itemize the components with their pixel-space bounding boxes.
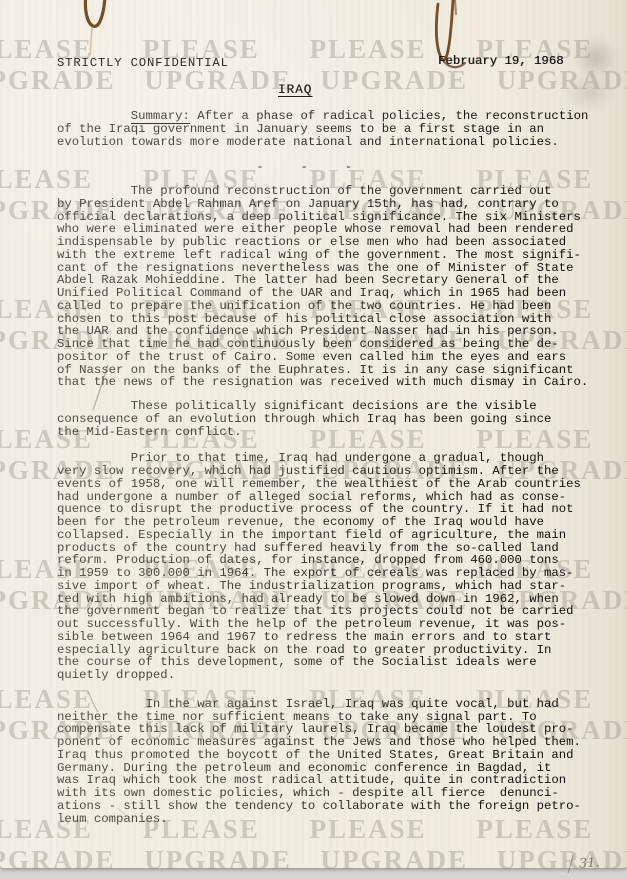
- text-line: indispensable by public reactions or els…: [57, 236, 619, 249]
- text-line: called to prepare the unification of the…: [57, 300, 619, 313]
- document-body: Summary: After a phase of radical polici…: [57, 110, 619, 825]
- text-line: events of 1958, one will remember, the w…: [57, 478, 619, 491]
- scanned-document-photo: { "colors": { "paper": "#f1ecdf", "ink_l…: [0, 0, 627, 879]
- text-line: consequence of an evolution through whic…: [57, 413, 619, 426]
- text-line: Since that time he had continuously been…: [57, 338, 619, 351]
- text-line: Iraq thus promoted the boycott of the Un…: [57, 749, 619, 762]
- paragraph-p3: Prior to that time, Iraq had undergone a…: [57, 452, 619, 682]
- text-line: - - -: [57, 161, 619, 174]
- text-line: been for the petroleum revenue, the econ…: [57, 516, 619, 529]
- text-line: sible between 1964 and 1967 to redress t…: [57, 631, 619, 644]
- text-line: leum companies.: [57, 813, 619, 826]
- text-line: These politically significant decisions …: [57, 400, 619, 413]
- text-line: quietly dropped.: [57, 669, 619, 682]
- text-line: that the news of the resignation was rec…: [57, 376, 619, 389]
- classification-stamp: STRICTLY CONFIDENTIAL: [57, 56, 229, 70]
- text-line: sive import of wheat. The industrializat…: [57, 580, 619, 593]
- pen-mark-top-left: [85, 0, 105, 55]
- photo-frame: PLEASE PLEASE PLEASE PLEASE PLEASEUPGRAD…: [0, 0, 627, 879]
- text-line: Summary: After a phase of radical polici…: [57, 110, 619, 123]
- paragraph-p2: These politically significant decisions …: [57, 400, 619, 438]
- text-line: The profound reconstruction of the gover…: [57, 185, 619, 198]
- text-line: of the Iraqi government in January seems…: [57, 123, 619, 136]
- text-line: the Mid-Eastern conflict.: [57, 426, 619, 439]
- text-line: In the war against Israel, Iraq was quit…: [57, 698, 619, 711]
- text-line: very slow recovery, which had justified …: [57, 465, 619, 478]
- pencil-slash-mark: [568, 855, 573, 873]
- text-line: Unified Political Command of the UAR and…: [57, 287, 619, 300]
- text-line: ations - still show the tendency to coll…: [57, 800, 619, 813]
- text-line: positor of the trust of Cairo. Some even…: [57, 351, 619, 364]
- paragraph-separator: - - -: [57, 161, 619, 174]
- text-line: by President Abdel Rahman Aref on Januar…: [57, 198, 619, 211]
- text-line: evolution towards more moderate national…: [57, 136, 619, 149]
- text-line: in 1959 to 300.000 in 1964. The export o…: [57, 567, 619, 580]
- text-line: out successfully. With the help of the p…: [57, 618, 619, 631]
- text-line: with its own domestic policies, which - …: [57, 787, 619, 800]
- document-date: February 19, 1968: [438, 54, 563, 68]
- handwritten-page-number: 31.: [579, 855, 601, 871]
- page-title: IRAQ: [278, 83, 312, 97]
- text-line: ponent of economic measures against the …: [57, 736, 619, 749]
- text-line: with the extreme left radical wing of th…: [57, 249, 619, 262]
- paragraph-summary: Summary: After a phase of radical polici…: [57, 110, 619, 148]
- text-line: collapsed. Especially in the important f…: [57, 529, 619, 542]
- paragraph-p1: The profound reconstruction of the gover…: [57, 185, 619, 389]
- paragraph-p4: In the war against Israel, Iraq was quit…: [57, 698, 619, 826]
